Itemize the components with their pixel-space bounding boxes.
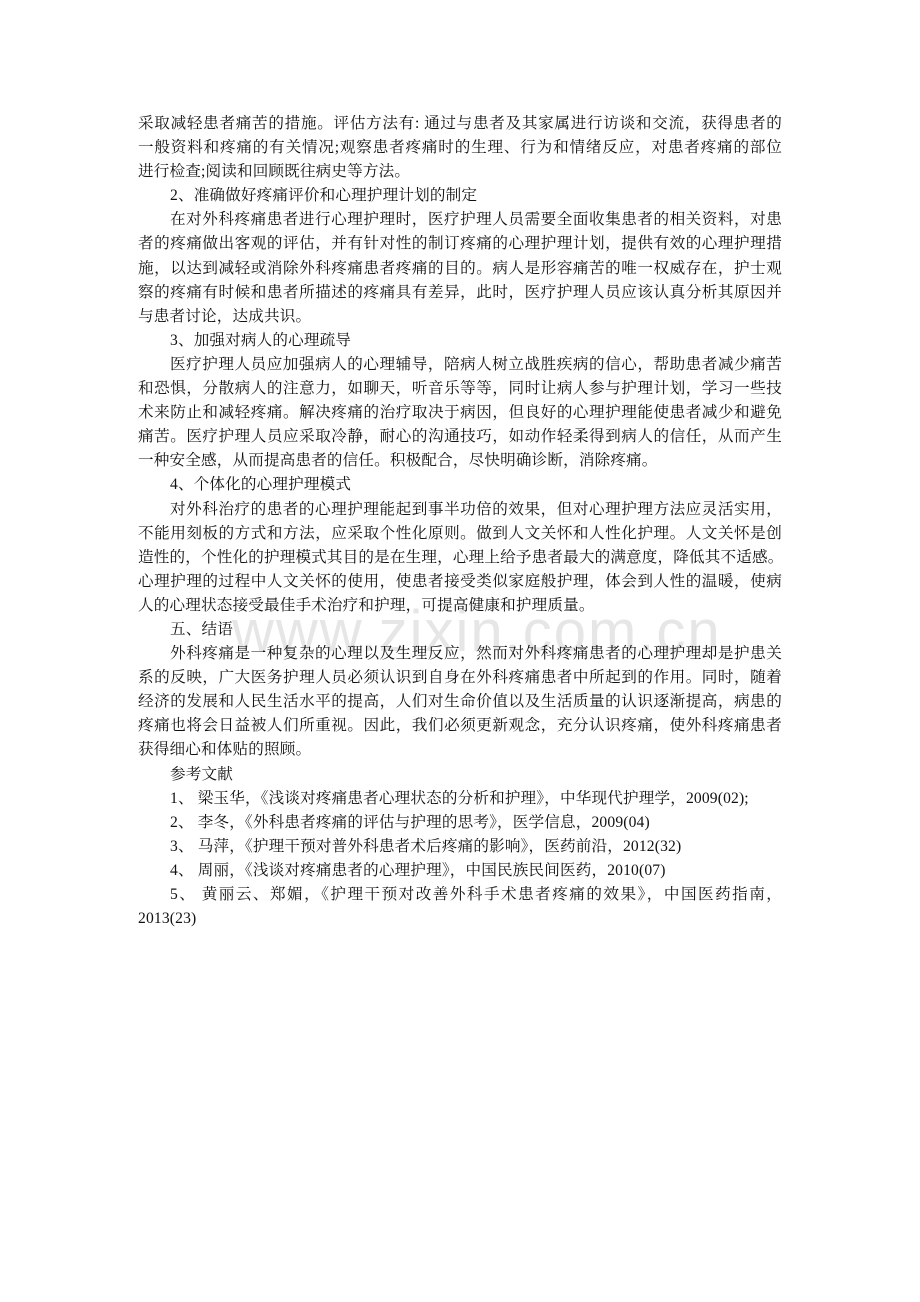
reference-item: 4、 周丽，《浅谈对疼痛患者的心理护理》，中国民族民间医药，2010(07) [138, 859, 782, 883]
section-heading: 2、准确做好疼痛评价和心理护理计划的制定 [138, 184, 782, 208]
reference-item: 5、 黄丽云、郑媚，《护理干预对改善外科手术患者疼痛的效果》，中国医药指南， [138, 883, 782, 907]
paragraph-line: 进行检查;阅读和回顾既往病史等方法。 [138, 160, 782, 184]
paragraph-line: 施，以达到减轻或消除外科疼痛患者疼痛的目的。病人是形容痛苦的唯一权威存在，护士观 [138, 257, 782, 281]
section4-paragraph: 对外科治疗的患者的心理护理能起到事半功倍的效果，但对心理护理方法应灵活实用， 不… [138, 498, 782, 618]
paragraph-line: 术来防止和减轻疼痛。解决疼痛的治疗取决于病因，但良好的心理护理能使患者减少和避免 [138, 401, 782, 425]
paragraph-line: 外科疼痛是一种复杂的心理以及生理反应，然而对外科疼痛患者的心理护理却是护患关 [138, 642, 782, 666]
reference-item-continuation: 2013(23) [138, 907, 782, 931]
paragraph-line: 经济的发展和人民生活水平的提高，人们对生命价值以及生活质量的认识逐渐提高，病患的 [138, 690, 782, 714]
paragraph-line: 获得细心和体贴的照顾。 [138, 738, 782, 762]
paragraph-line: 和恐惧，分散病人的注意力，如聊天，听音乐等等，同时让病人参与护理计划，学习一些技 [138, 377, 782, 401]
paragraph-line: 人的心理状态接受最佳手术治疗和护理，可提高健康和护理质量。 [138, 594, 782, 618]
document-page: 采取减轻患者痛苦的措施。评估方法有: 通过与患者及其家属进行访谈和交流，获得患者… [138, 112, 782, 931]
section2-paragraph: 在对外科疼痛患者进行心理护理时，医疗护理人员需要全面收集患者的相关资料，对患 者… [138, 208, 782, 328]
paragraph-line: 者的疼痛做出客观的评估，并有针对性的制订疼痛的心理护理计划，提供有效的心理护理措 [138, 232, 782, 256]
paragraph-line: 痛苦。医疗护理人员应采取冷静，耐心的沟通技巧，如动作轻柔得到病人的信任，从而产生 [138, 425, 782, 449]
reference-item: 2、 李冬，《外科患者疼痛的评估与护理的思考》，医学信息，2009(04) [138, 811, 782, 835]
section-heading: 4、个体化的心理护理模式 [138, 473, 782, 497]
paragraph-line: 采取减轻患者痛苦的措施。评估方法有: 通过与患者及其家属进行访谈和交流，获得患者… [138, 112, 782, 136]
paragraph-line: 察的疼痛有时候和患者所描述的疼痛具有差异，此时，医疗护理人员应该认真分析其原因并 [138, 281, 782, 305]
conclusion-paragraph: 外科疼痛是一种复杂的心理以及生理反应，然而对外科疼痛患者的心理护理却是护患关 系… [138, 642, 782, 762]
paragraph-line: 心理护理的过程中人文关怀的使用，使患者接受类似家庭般护理，体会到人性的温暖，使病 [138, 570, 782, 594]
paragraph-line: 系的反映，广大医务护理人员必须认识到自身在外科疼痛患者中所起到的作用。同时，随着 [138, 666, 782, 690]
paragraph-line: 造性的，个性化的护理模式其目的是在生理，心理上给予患者最大的满意度，降低其不适感… [138, 546, 782, 570]
intro-paragraph: 采取减轻患者痛苦的措施。评估方法有: 通过与患者及其家属进行访谈和交流，获得患者… [138, 112, 782, 184]
section-heading: 五、结语 [138, 618, 782, 642]
paragraph-line: 不能用刻板的方式和方法，应采取个性化原则。做到人文关怀和人性化护理。人文关怀是创 [138, 522, 782, 546]
paragraph-line: 与患者讨论，达成共识。 [138, 305, 782, 329]
references-heading: 参考文献 [138, 763, 782, 787]
reference-item: 1、 梁玉华，《浅谈对疼痛患者心理状态的分析和护理》，中华现代护理学，2009(… [138, 787, 782, 811]
paragraph-line: 一般资料和疼痛的有关情况;观察患者疼痛时的生理、行为和情绪反应，对患者疼痛的部位 [138, 136, 782, 160]
paragraph-line: 在对外科疼痛患者进行心理护理时，医疗护理人员需要全面收集患者的相关资料，对患 [138, 208, 782, 232]
reference-item: 3、 马萍，《护理干预对普外科患者术后疼痛的影响》，医药前沿，2012(32) [138, 835, 782, 859]
paragraph-line: 疼痛也将会日益被人们所重视。因此，我们必须更新观念，充分认识疼痛，使外科疼痛患者 [138, 714, 782, 738]
references-list: 1、 梁玉华，《浅谈对疼痛患者心理状态的分析和护理》，中华现代护理学，2009(… [138, 787, 782, 932]
section-heading: 3、加强对病人的心理疏导 [138, 329, 782, 353]
paragraph-line: 一种安全感，从而提高患者的信任。积极配合，尽快明确诊断，消除疼痛。 [138, 449, 782, 473]
paragraph-line: 对外科治疗的患者的心理护理能起到事半功倍的效果，但对心理护理方法应灵活实用， [138, 498, 782, 522]
section3-paragraph: 医疗护理人员应加强病人的心理辅导，陪病人树立战胜疾病的信心，帮助患者减少痛苦 和… [138, 353, 782, 473]
paragraph-line: 医疗护理人员应加强病人的心理辅导，陪病人树立战胜疾病的信心，帮助患者减少痛苦 [138, 353, 782, 377]
